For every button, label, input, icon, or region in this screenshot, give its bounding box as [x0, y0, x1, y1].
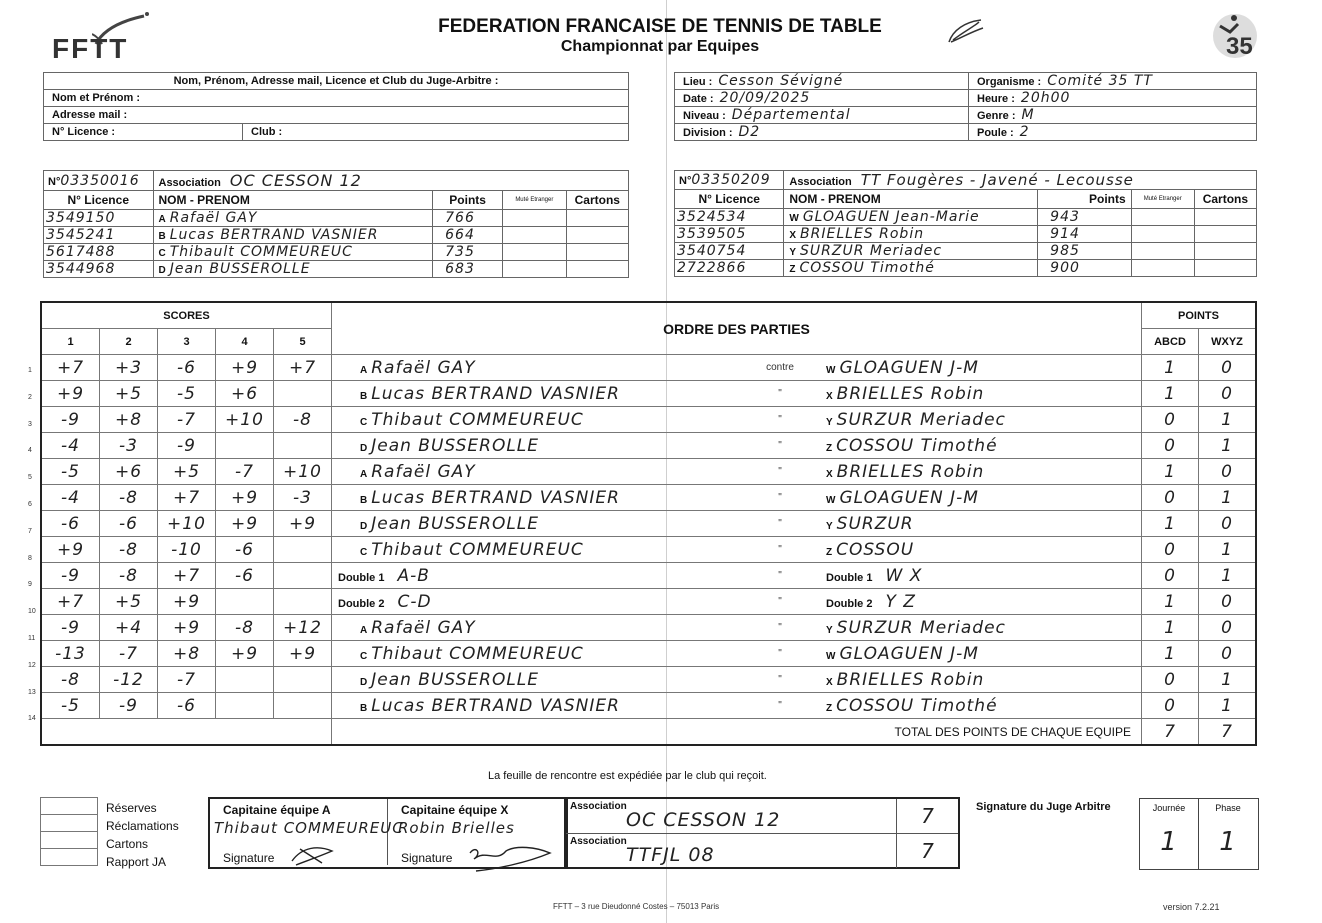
versus-label: " [740, 459, 820, 485]
team-a-double[interactable]: Double 2 C-D [332, 589, 703, 615]
spacer [702, 355, 740, 381]
report-checkbox-label: Réserves [106, 799, 179, 817]
col-mute: Muté Etranger [503, 191, 566, 210]
team-x-player[interactable]: WGLOAGUEN J-M [820, 485, 1142, 511]
team-a-player[interactable]: DJean BUSSEROLLE [332, 667, 703, 693]
game-point-wxyz[interactable]: 1 [1199, 667, 1257, 693]
game-number: 14 [28, 715, 36, 722]
report-checkbox[interactable] [40, 848, 98, 866]
player-points[interactable]: 943 [1038, 209, 1132, 226]
game-point-wxyz[interactable]: 0 [1199, 381, 1257, 407]
journee-cell[interactable]: Journée 1 [1140, 799, 1199, 869]
team-x-player[interactable]: YSURZUR Meriadec [820, 407, 1142, 433]
game-row: -4-3-9DJean BUSSEROLLE"ZCOSSOU Timothé01 [41, 433, 1256, 459]
game-point-wxyz[interactable]: 1 [1199, 407, 1257, 433]
set-score[interactable] [216, 693, 274, 719]
set-score[interactable]: +9 [41, 537, 100, 563]
set-score[interactable]: +7 [274, 355, 332, 381]
team-a-player[interactable]: BLucas BERTRAND VASNIER [332, 693, 703, 719]
captains-box: Capitaine équipe A Thibaut COMMEUREUC Si… [208, 797, 568, 869]
team-a-player[interactable]: CThibaut COMMEUREUC [332, 641, 703, 667]
game-row: -4-8+7+9-3BLucas BERTRAND VASNIER"WGLOAG… [41, 485, 1256, 511]
set-score[interactable]: +6 [100, 459, 158, 485]
game-point-abcd[interactable]: 1 [1142, 511, 1199, 537]
set-score[interactable]: -6 [158, 693, 216, 719]
player-cartons[interactable] [1194, 209, 1256, 226]
team-a-player[interactable]: BLucas BERTRAND VASNIER [332, 381, 703, 407]
player-row: 3544968DJean BUSSEROLLE683 [44, 261, 629, 278]
player-mute[interactable] [1131, 209, 1194, 226]
player-row: 3524534WGLOAGUEN Jean-Marie943 [675, 209, 1257, 226]
game-number: 12 [28, 662, 36, 669]
set-score[interactable]: -7 [158, 407, 216, 433]
phase-value[interactable]: 1 [1199, 827, 1257, 857]
set-score[interactable]: -6 [100, 511, 158, 537]
game-point-abcd[interactable]: 0 [1142, 537, 1199, 563]
game-number: 3 [28, 421, 32, 428]
svg-text:35: 35 [1226, 33, 1253, 60]
player-cartons[interactable] [566, 227, 628, 244]
set-header: 3 [158, 329, 216, 355]
points-heading: POINTS [1142, 302, 1257, 329]
set-score[interactable]: -10 [158, 537, 216, 563]
report-checkbox-label: Réclamations [106, 817, 179, 835]
journee-value[interactable]: 1 [1140, 827, 1198, 857]
game-point-abcd[interactable]: 1 [1142, 381, 1199, 407]
game-row: +9-8-10-6CThibaut COMMEUREUC"ZCOSSOU01 [41, 537, 1256, 563]
game-point-abcd[interactable]: 0 [1142, 407, 1199, 433]
player-mute[interactable] [503, 210, 566, 227]
report-checkbox-label: Cartons [106, 835, 179, 853]
set-header: 1 [41, 329, 100, 355]
set-score[interactable]: +3 [100, 355, 158, 381]
set-score[interactable]: -4 [41, 433, 100, 459]
spacer [702, 589, 740, 615]
set-score[interactable]: +10 [158, 511, 216, 537]
col-points: Points [433, 191, 503, 210]
game-point-abcd[interactable]: 1 [1142, 459, 1199, 485]
set-score[interactable]: -3 [100, 433, 158, 459]
game-number: 4 [28, 447, 32, 454]
team-x-double[interactable]: Double 2 Y Z [820, 589, 1142, 615]
spacer [702, 459, 740, 485]
col-licence: N° Licence [44, 191, 154, 210]
order-heading: ORDRE DES PARTIES [332, 302, 1142, 355]
game-row: -5+6+5-7+10ARafaël GAY"XBRIELLES Robin10 [41, 459, 1256, 485]
player-mute[interactable] [1131, 260, 1194, 277]
versus-label: " [740, 537, 820, 563]
player-name-cell[interactable]: YSURZUR Meriadec [784, 243, 1038, 260]
game-point-wxyz[interactable]: 0 [1199, 615, 1257, 641]
spacer [702, 615, 740, 641]
player-cartons[interactable] [566, 244, 628, 261]
report-checkboxes [40, 797, 98, 866]
game-point-wxyz[interactable]: 0 [1199, 641, 1257, 667]
game-number: 7 [28, 528, 32, 535]
game-row: +9+5-5+6BLucas BERTRAND VASNIER"XBRIELLE… [41, 381, 1256, 407]
player-cartons[interactable] [566, 210, 628, 227]
set-score[interactable]: +9 [158, 615, 216, 641]
game-point-wxyz[interactable]: 1 [1199, 693, 1257, 719]
set-score[interactable]: -4 [41, 485, 100, 511]
team-a-player[interactable]: BLucas BERTRAND VASNIER [332, 485, 703, 511]
versus-label: " [740, 563, 820, 589]
referee-heading: Nom, Prénom, Adresse mail, Licence et Cl… [44, 73, 629, 90]
player-points[interactable]: 766 [433, 210, 503, 227]
team-x-player[interactable]: ZCOSSOU Timothé [820, 433, 1142, 459]
spacer [702, 381, 740, 407]
player-mute[interactable] [503, 244, 566, 261]
player-name-cell[interactable]: BLucas BERTRAND VASNIER [153, 227, 433, 244]
team-a-player[interactable]: ARafaël GAY [332, 355, 703, 381]
team-x-double[interactable]: Double 1 W X [820, 563, 1142, 589]
player-licence[interactable]: 3544968 [44, 261, 154, 278]
player-licence[interactable]: 3549150 [44, 210, 154, 227]
report-checkbox[interactable] [40, 831, 98, 848]
set-score[interactable]: -9 [41, 407, 100, 433]
set-score[interactable]: -8 [100, 537, 158, 563]
page-subtitle: Championnat par Equipes [380, 38, 940, 56]
genre-field[interactable]: Genre :M [969, 107, 1257, 124]
set-score[interactable]: +5 [100, 381, 158, 407]
phase-cell[interactable]: Phase 1 [1199, 799, 1257, 869]
player-name-cell[interactable]: ARafaël GAY [153, 210, 433, 227]
total-label: TOTAL DES POINTS DE CHAQUE EQUIPE [332, 719, 1142, 746]
spacer [702, 563, 740, 589]
game-point-abcd[interactable]: 0 [1142, 693, 1199, 719]
set-score[interactable] [216, 433, 274, 459]
set-score[interactable]: +7 [158, 485, 216, 511]
wxyz-heading: WXYZ [1199, 329, 1257, 355]
set-score[interactable]: +9 [274, 511, 332, 537]
team-a-player[interactable]: DJean BUSSEROLLE [332, 433, 703, 459]
report-checkbox-labels: RéservesRéclamationsCartonsRapport JA [106, 799, 179, 871]
game-point-wxyz[interactable]: 1 [1199, 485, 1257, 511]
referee-club-field[interactable]: Club : [243, 124, 629, 141]
team-x-player[interactable]: WGLOAGUEN J-M [820, 641, 1142, 667]
player-cartons[interactable] [566, 261, 628, 278]
signature-a-icon[interactable] [288, 843, 338, 867]
game-number: 8 [28, 555, 32, 562]
col-points: Points [1038, 190, 1132, 209]
set-score[interactable]: -7 [216, 459, 274, 485]
game-point-wxyz[interactable]: 0 [1199, 355, 1257, 381]
game-point-abcd[interactable]: 0 [1142, 563, 1199, 589]
set-header: 5 [274, 329, 332, 355]
set-score[interactable]: -6 [216, 563, 274, 589]
committee-35-logo: 35 [1208, 10, 1258, 66]
set-score[interactable]: +9 [158, 589, 216, 615]
game-point-wxyz[interactable]: 1 [1199, 537, 1257, 563]
game-point-abcd[interactable]: 1 [1142, 641, 1199, 667]
team-x-association[interactable]: Association TT Fougères - Javené - Lecou… [784, 171, 1257, 190]
report-checkbox[interactable] [40, 814, 98, 831]
captain-a: Capitaine équipe A Thibaut COMMEUREUC Si… [210, 799, 388, 865]
referee-name-field[interactable]: Nom et Prénom : [44, 90, 629, 107]
player-row: 2722866ZCOSSOU Timothé900 [675, 260, 1257, 277]
game-row: -9+8-7+10-8CThibaut COMMEUREUC"YSURZUR M… [41, 407, 1256, 433]
col-name: NOM - PRENOM [784, 190, 1038, 209]
team-x-player[interactable]: XBRIELLES Robin [820, 459, 1142, 485]
versus-label: " [740, 433, 820, 459]
set-score[interactable] [274, 589, 332, 615]
set-score[interactable]: -8 [100, 563, 158, 589]
team-x-player[interactable]: XBRIELLES Robin [820, 381, 1142, 407]
versus-label: " [740, 381, 820, 407]
set-score[interactable] [274, 667, 332, 693]
set-score[interactable]: +4 [100, 615, 158, 641]
set-score[interactable]: -13 [41, 641, 100, 667]
set-score[interactable] [216, 667, 274, 693]
team-x-player[interactable]: ZCOSSOU Timothé [820, 693, 1142, 719]
team-a-association[interactable]: Association OC CESSON 12 [153, 171, 629, 191]
versus-label: " [740, 407, 820, 433]
journee-phase-box: Journée 1 Phase 1 [1139, 798, 1259, 870]
lieu-field[interactable]: Lieu :Cesson Sévigné [675, 73, 969, 90]
team-x-player[interactable]: XBRIELLES Robin [820, 667, 1142, 693]
set-score[interactable]: -8 [216, 615, 274, 641]
spacer [702, 537, 740, 563]
set-score[interactable]: -6 [41, 511, 100, 537]
col-mute: Muté Etranger [1131, 190, 1194, 209]
game-point-abcd[interactable]: 1 [1142, 355, 1199, 381]
scores-heading: SCORES [41, 302, 332, 329]
team-a-player[interactable]: CThibaut COMMEUREUC [332, 407, 703, 433]
team-a-player[interactable]: ARafaël GAY [332, 459, 703, 485]
team-a-result: Association OC CESSON 12 7 [566, 799, 958, 834]
set-score[interactable]: -7 [100, 641, 158, 667]
player-mute[interactable] [503, 261, 566, 278]
player-licence[interactable]: 2722866 [675, 260, 784, 277]
game-point-wxyz[interactable]: 0 [1199, 459, 1257, 485]
team-x-player[interactable]: YSURZUR Meriadec [820, 615, 1142, 641]
game-point-wxyz[interactable]: 1 [1199, 563, 1257, 589]
set-score[interactable] [274, 693, 332, 719]
team-a-double[interactable]: Double 1 A-B [332, 563, 703, 589]
col-licence: N° Licence [675, 190, 784, 209]
set-score[interactable]: +5 [158, 459, 216, 485]
set-score[interactable]: -9 [41, 563, 100, 589]
versus-label: " [740, 589, 820, 615]
set-score[interactable]: +12 [274, 615, 332, 641]
set-score[interactable]: -5 [158, 381, 216, 407]
player-licence[interactable]: 3524534 [675, 209, 784, 226]
signature-x-icon[interactable] [466, 843, 556, 873]
player-row: 3539505XBRIELLES Robin914 [675, 226, 1257, 243]
set-score[interactable]: -6 [158, 355, 216, 381]
set-score[interactable]: +9 [216, 355, 274, 381]
game-row: -5-9-6BLucas BERTRAND VASNIER"ZCOSSOU Ti… [41, 693, 1256, 719]
total-spacer [41, 719, 332, 746]
poule-field[interactable]: Poule :2 [969, 124, 1257, 141]
game-row: -8-12-7DJean BUSSEROLLE"XBRIELLES Robin0… [41, 667, 1256, 693]
team-x-table: N°03350209 Association TT Fougères - Jav… [674, 170, 1257, 277]
player-row: 3540754YSURZUR Meriadec985 [675, 243, 1257, 260]
player-points[interactable]: 985 [1038, 243, 1132, 260]
player-mute[interactable] [1131, 243, 1194, 260]
total-wxyz[interactable]: 7 [1199, 719, 1257, 746]
game-point-abcd[interactable]: 1 [1142, 615, 1199, 641]
col-name: NOM - PRENOM [153, 191, 433, 210]
set-score[interactable] [274, 537, 332, 563]
set-score[interactable]: +7 [158, 563, 216, 589]
game-row: -9+4+9-8+12ARafaël GAY"YSURZUR Meriadec1… [41, 615, 1256, 641]
final-score-box: Association OC CESSON 12 7 Association T… [564, 797, 960, 869]
set-score[interactable] [274, 563, 332, 589]
player-cartons[interactable] [1194, 243, 1256, 260]
set-score[interactable]: -6 [216, 537, 274, 563]
referee-info-table: Nom, Prénom, Adresse mail, Licence et Cl… [43, 72, 629, 141]
game-point-abcd[interactable]: 0 [1142, 433, 1199, 459]
set-score[interactable]: +10 [274, 459, 332, 485]
set-score[interactable]: +9 [216, 641, 274, 667]
page-title: FEDERATION FRANCAISE DE TENNIS DE TABLE [380, 16, 940, 38]
date-field[interactable]: Date :20/09/2025 [675, 90, 969, 107]
abcd-heading: ABCD [1142, 329, 1199, 355]
version-label: version 7.2.21 [1163, 902, 1220, 912]
total-abcd[interactable]: 7 [1142, 719, 1199, 746]
set-score[interactable]: +5 [100, 589, 158, 615]
team-a-number[interactable]: N°03350016 [44, 171, 154, 191]
game-point-abcd[interactable]: 0 [1142, 667, 1199, 693]
player-mute[interactable] [503, 227, 566, 244]
set-score[interactable]: -3 [274, 485, 332, 511]
set-score[interactable]: -9 [41, 615, 100, 641]
set-score[interactable]: -8 [274, 407, 332, 433]
versus-label: " [740, 641, 820, 667]
match-info-table: Lieu :Cesson Sévigné Organisme :Comité 3… [674, 72, 1257, 141]
game-point-wxyz[interactable]: 0 [1199, 589, 1257, 615]
team-x-result: Association TTFJL 08 7 [566, 834, 958, 868]
set-score[interactable] [274, 433, 332, 459]
organisme-field[interactable]: Organisme :Comité 35 TT [969, 73, 1257, 90]
versus-label: " [740, 615, 820, 641]
set-score[interactable]: -9 [158, 433, 216, 459]
team-a-final-score[interactable]: 7 [896, 799, 959, 833]
player-mute[interactable] [1131, 226, 1194, 243]
set-score[interactable]: -8 [100, 485, 158, 511]
heure-field[interactable]: Heure :20h00 [969, 90, 1257, 107]
set-score[interactable]: -12 [100, 667, 158, 693]
game-number: 2 [28, 394, 32, 401]
team-x-player[interactable]: WGLOAGUEN J-M [820, 355, 1142, 381]
versus-label: " [740, 693, 820, 719]
set-score[interactable]: -5 [41, 459, 100, 485]
game-row: +7+3-6+9+7ARafaël GAYcontreWGLOAGUEN J-M… [41, 355, 1256, 381]
match-order-table: SCORES ORDRE DES PARTIES POINTS 12345ABC… [40, 301, 1257, 746]
game-point-abcd[interactable]: 0 [1142, 485, 1199, 511]
player-points[interactable]: 664 [433, 227, 503, 244]
game-point-wxyz[interactable]: 0 [1199, 511, 1257, 537]
team-a-player[interactable]: CThibaut COMMEUREUC [332, 537, 703, 563]
fftt-logo: FFTT [52, 10, 152, 65]
player-cartons[interactable] [1194, 226, 1256, 243]
team-x-player[interactable]: YSURZUR [820, 511, 1142, 537]
set-score[interactable]: +9 [41, 381, 100, 407]
player-points[interactable]: 735 [433, 244, 503, 261]
team-x-number[interactable]: N°03350209 [675, 171, 784, 190]
team-a-player[interactable]: ARafaël GAY [332, 615, 703, 641]
referee-licence-field[interactable]: N° Licence : [44, 124, 243, 141]
game-number: 5 [28, 474, 32, 481]
set-score[interactable] [216, 589, 274, 615]
game-number: 1 [28, 367, 32, 374]
set-score[interactable]: +7 [41, 589, 100, 615]
team-x-player[interactable]: ZCOSSOU [820, 537, 1142, 563]
set-score[interactable]: +8 [158, 641, 216, 667]
player-points[interactable]: 900 [1038, 260, 1132, 277]
player-name-cell[interactable]: DJean BUSSEROLLE [153, 261, 433, 278]
set-score[interactable]: +9 [216, 511, 274, 537]
captain-a-name[interactable]: Thibaut COMMEUREUC [214, 819, 404, 837]
game-number: 10 [28, 608, 36, 615]
player-name-cell[interactable]: ZCOSSOU Timothé [784, 260, 1038, 277]
set-header: 4 [216, 329, 274, 355]
set-score[interactable]: -8 [41, 667, 100, 693]
spacer [702, 693, 740, 719]
player-points[interactable]: 683 [433, 261, 503, 278]
spacer [702, 433, 740, 459]
set-score[interactable]: -7 [158, 667, 216, 693]
niveau-field[interactable]: Niveau :Départemental [675, 107, 969, 124]
division-field[interactable]: Division :D2 [675, 124, 969, 141]
captain-x: Capitaine équipe X Robin Brielles Signat… [388, 799, 565, 865]
set-score[interactable]: +8 [100, 407, 158, 433]
game-row: -13-7+8+9+9CThibaut COMMEUREUC"WGLOAGUEN… [41, 641, 1256, 667]
team-a-table: N°03350016 Association OC CESSON 12 N° L… [43, 170, 629, 278]
report-checkbox-label: Rapport JA [106, 853, 179, 871]
player-name-cell[interactable]: XBRIELLES Robin [784, 226, 1038, 243]
game-number: 9 [28, 581, 32, 588]
set-score[interactable]: +10 [216, 407, 274, 433]
player-name-cell[interactable]: WGLOAGUEN Jean-Marie [784, 209, 1038, 226]
spacer [702, 667, 740, 693]
player-licence[interactable]: 5617488 [44, 244, 154, 261]
scribble-mark-icon [945, 16, 985, 46]
col-cartons: Cartons [1194, 190, 1256, 209]
set-score[interactable]: -5 [41, 693, 100, 719]
set-score[interactable]: +9 [216, 485, 274, 511]
player-name-cell[interactable]: CThibault COMMEUREUC [153, 244, 433, 261]
set-header: 2 [100, 329, 158, 355]
versus-label: " [740, 511, 820, 537]
game-row: -9-8+7-6Double 1 A-B"Double 1 W X01 [41, 563, 1256, 589]
player-licence[interactable]: 3540754 [675, 243, 784, 260]
versus-label: contre [740, 355, 820, 381]
footer-address: FFTT – 3 rue Dieudonné Costes – 75013 Pa… [553, 902, 719, 911]
captain-x-name[interactable]: Robin Brielles [398, 819, 515, 837]
player-points[interactable]: 914 [1038, 226, 1132, 243]
report-checkbox[interactable] [40, 797, 98, 814]
referee-email-field[interactable]: Adresse mail : [44, 107, 629, 124]
game-point-wxyz[interactable]: 1 [1199, 433, 1257, 459]
spacer [702, 511, 740, 537]
set-score[interactable]: +7 [41, 355, 100, 381]
versus-label: " [740, 485, 820, 511]
player-licence[interactable]: 3539505 [675, 226, 784, 243]
game-point-abcd[interactable]: 1 [1142, 589, 1199, 615]
set-score[interactable] [274, 381, 332, 407]
team-x-final-score[interactable]: 7 [896, 834, 959, 868]
player-cartons[interactable] [1194, 260, 1256, 277]
set-score[interactable]: -9 [100, 693, 158, 719]
set-score[interactable]: +9 [274, 641, 332, 667]
game-row: -6-6+10+9+9DJean BUSSEROLLE"YSURZUR10 [41, 511, 1256, 537]
spacer [702, 407, 740, 433]
set-score[interactable]: +6 [216, 381, 274, 407]
player-licence[interactable]: 3545241 [44, 227, 154, 244]
team-a-player[interactable]: DJean BUSSEROLLE [332, 511, 703, 537]
